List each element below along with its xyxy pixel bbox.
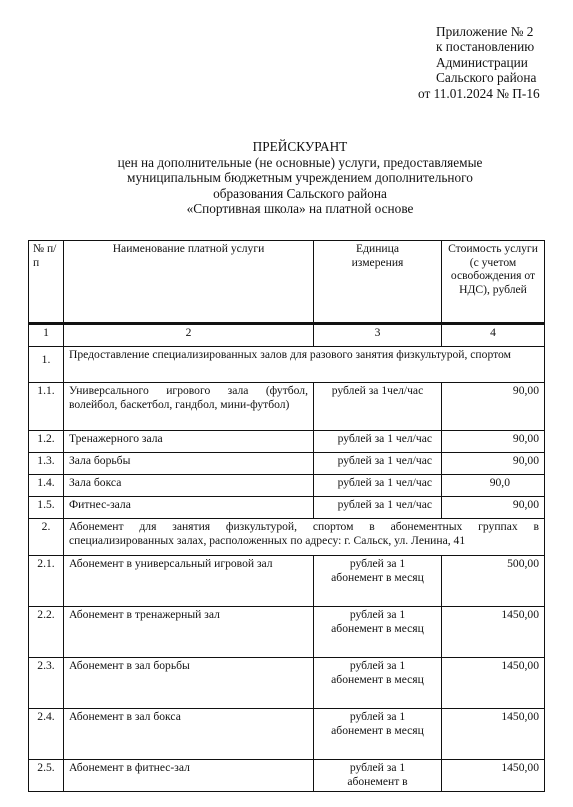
column-number: 2: [64, 324, 314, 347]
table-row: 1.2. Тренажерного зала рублей за 1 чел/ч…: [29, 431, 545, 453]
row-num: 2.3.: [29, 658, 64, 709]
title-line: «Спортивная школа» на платной основе: [0, 201, 573, 217]
row-price: 1450,00: [442, 709, 545, 760]
header-price: Стоимость услуги (с учетом освобождения …: [442, 241, 545, 324]
column-number-row: 1 2 3 4: [29, 324, 545, 347]
section-title: Предоставление специализированных залов …: [64, 347, 545, 383]
header-num: № п/п: [29, 241, 64, 324]
appendix-block: Приложение № 2 к постановлению Администр…: [418, 24, 568, 101]
row-name: Абонемент в тренажерный зал: [64, 607, 314, 658]
row-price: 500,00: [442, 556, 545, 607]
row-num: 2.2.: [29, 607, 64, 658]
column-number: 1: [29, 324, 64, 347]
row-num: 1.3.: [29, 453, 64, 475]
title-line: цен на дополнительные (не основные) услу…: [0, 155, 573, 171]
row-name: Зала борьбы: [64, 453, 314, 475]
table-row: 2.1. Абонемент в универсальный игровой з…: [29, 556, 545, 607]
table-row: 1.1. Универсального игрового зала (футбо…: [29, 383, 545, 431]
row-unit: рублей за 1 чел/час: [314, 475, 442, 497]
table-row: 2.2. Абонемент в тренажерный зал рублей …: [29, 607, 545, 658]
row-num: 1.1.: [29, 383, 64, 431]
price-list-table: № п/п Наименование платной услуги Единиц…: [28, 240, 545, 792]
row-unit: рублей за 1чел/час: [314, 383, 442, 431]
row-num: 1.4.: [29, 475, 64, 497]
title-line: муниципальным бюджетным учреждением допо…: [0, 170, 573, 186]
row-num: 2.1.: [29, 556, 64, 607]
appendix-line: к постановлению: [418, 39, 568, 54]
row-num: 1.2.: [29, 431, 64, 453]
document-title-block: ПРЕЙСКУРАНТ цен на дополнительные (не ос…: [0, 139, 573, 217]
section-num: 2.: [29, 519, 64, 556]
appendix-line: Сальского района: [418, 70, 568, 85]
column-number: 4: [442, 324, 545, 347]
row-price: 90,00: [442, 497, 545, 519]
appendix-line: Приложение № 2: [418, 24, 568, 39]
table-row: 2.5. Абонемент в фитнес-зал рублей за 1 …: [29, 760, 545, 792]
section-num: 1.: [29, 347, 64, 383]
row-price: 90,00: [442, 383, 545, 431]
row-unit: рублей за 1 чел/час: [314, 431, 442, 453]
table-row: 1.4. Зала бокса рублей за 1 чел/час 90,0: [29, 475, 545, 497]
row-name: Абонемент в фитнес-зал: [64, 760, 314, 792]
title-line: образования Сальского района: [0, 186, 573, 202]
section-row: 1. Предоставление специализированных зал…: [29, 347, 545, 383]
row-unit: рублей за 1 абонемент в месяц: [314, 556, 442, 607]
table-row: 2.3. Абонемент в зал борьбы рублей за 1 …: [29, 658, 545, 709]
row-name: Тренажерного зала: [64, 431, 314, 453]
table-row: 1.5. Фитнес-зала рублей за 1 чел/час 90,…: [29, 497, 545, 519]
row-unit: рублей за 1 абонемент в месяц: [314, 709, 442, 760]
appendix-line: Администрации: [418, 55, 568, 70]
row-num: 1.5.: [29, 497, 64, 519]
row-name: Абонемент в зал борьбы: [64, 658, 314, 709]
row-price: 1450,00: [442, 658, 545, 709]
row-name: Универсального игрового зала (футбол, во…: [64, 383, 314, 431]
row-unit: рублей за 1 абонемент в месяц: [314, 658, 442, 709]
appendix-date-line: от 11.01.2024 № П-16: [418, 86, 568, 101]
row-name: Зала бокса: [64, 475, 314, 497]
row-price: 1450,00: [442, 760, 545, 792]
header-name: Наименование платной услуги: [64, 241, 314, 324]
row-unit: рублей за 1 абонемент в месяц: [314, 607, 442, 658]
table-header-row: № п/п Наименование платной услуги Единиц…: [29, 241, 545, 324]
column-number: 3: [314, 324, 442, 347]
section-row: 2. Абонемент для занятия физкультурой, с…: [29, 519, 545, 556]
row-price: 90,00: [442, 431, 545, 453]
row-name: Фитнес-зала: [64, 497, 314, 519]
row-num: 2.4.: [29, 709, 64, 760]
row-unit: рублей за 1 абонемент в: [314, 760, 442, 792]
row-price: 1450,00: [442, 607, 545, 658]
table-row: 2.4. Абонемент в зал бокса рублей за 1 а…: [29, 709, 545, 760]
document-heading: ПРЕЙСКУРАНТ: [0, 139, 573, 155]
row-unit: рублей за 1 чел/час: [314, 497, 442, 519]
table-row: 1.3. Зала борьбы рублей за 1 чел/час 90,…: [29, 453, 545, 475]
row-name: Абонемент в зал бокса: [64, 709, 314, 760]
row-num: 2.5.: [29, 760, 64, 792]
row-price: 90,00: [442, 453, 545, 475]
section-title: Абонемент для занятия физкультурой, спор…: [64, 519, 545, 556]
row-name: Абонемент в универсальный игровой зал: [64, 556, 314, 607]
row-unit: рублей за 1 чел/час: [314, 453, 442, 475]
header-unit: Единица измерения: [314, 241, 442, 324]
row-price: 90,0: [442, 475, 545, 497]
